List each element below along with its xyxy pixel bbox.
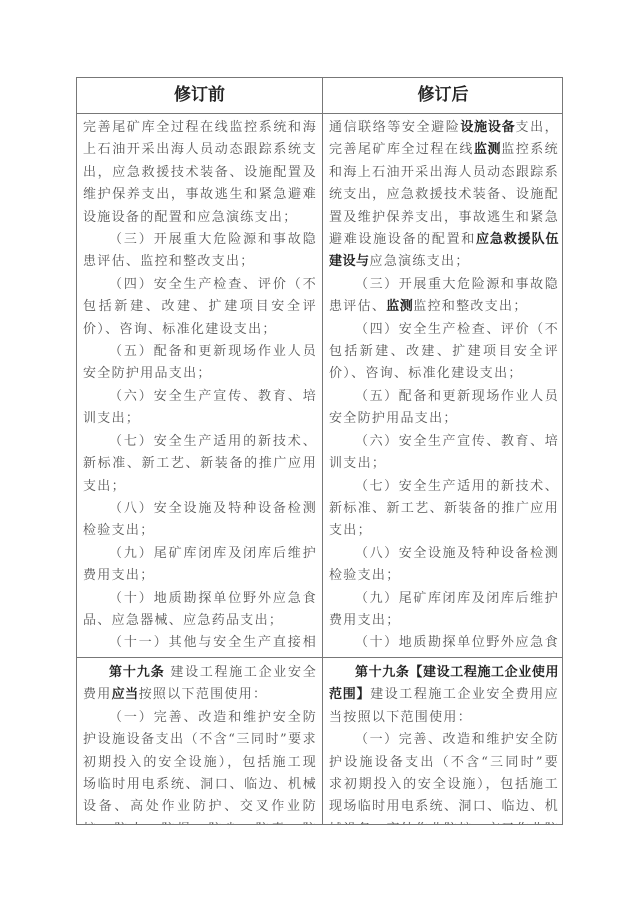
comparison-table: 修订前 修订后 完善尾矿库全过程在线监控系统和海上石油开采出海人员动态跟踪系统支… xyxy=(76,77,563,825)
item-3: （三）开展重大危险源和事故隐患评估、监控和整改支出； xyxy=(83,229,317,274)
item-6: （六）安全生产宣传、教育、培训支出； xyxy=(83,386,317,431)
added-text: 设施设备 xyxy=(460,120,515,135)
row1-before-cell: 完善尾矿库全过程在线监控系统和海上石油开采出海人员动态跟踪系统支出，应急救援技术… xyxy=(83,117,317,655)
item-6: （六）安全生产宣传、教育、培训支出； xyxy=(329,431,559,476)
item-10: （十）地质勘探单位野外应急食品、应急器械、应急药品支出； xyxy=(83,588,317,633)
item-9: （九）尾矿库闭库及闭库后维护费用支出； xyxy=(329,588,559,633)
text: 监控和整改支出； xyxy=(413,299,527,314)
article-19: 第十九条【建设工程施工企业使用范围】建设工程施工企业安全费用应当按照以下范围使用… xyxy=(329,662,559,729)
item-5: （五）配备和更新现场作业人员安全防护用品支出； xyxy=(329,386,559,431)
paragraph: 通信联络等安全避险设施设备支出，完善尾矿库全过程在线监测监控系统和海上石油开采出… xyxy=(329,117,559,274)
item-1: （一）完善、改造和维护安全防护设施设备支出（不含“三同时”要求初期投入的安全设施… xyxy=(83,707,317,824)
text: 通信联络等安全避险 xyxy=(329,120,460,135)
row2-before-cell: 第十九条 建设工程施工企业安全费用应当按照以下范围使用： （一）完善、改造和维护… xyxy=(83,662,317,824)
header-before: 修订前 xyxy=(77,78,322,113)
item-8: （八）安全设施及特种设备检测检验支出； xyxy=(83,498,317,543)
added-text: 监测 xyxy=(474,142,501,157)
column-divider xyxy=(322,78,323,824)
header-after: 修订后 xyxy=(323,78,563,113)
item-1: （一）完善、改造和维护安全防护设施设备支出（不含“三同时”要求初期投入的安全设施… xyxy=(329,729,559,824)
item-9: （九）尾矿库闭库及闭库后维护费用支出； xyxy=(83,543,317,588)
text: 应急演练支出； xyxy=(370,254,470,269)
item-7: （七）安全生产适用的新技术、新标准、新工艺、新装备的推广应用支出； xyxy=(83,431,317,498)
article-19: 第十九条 建设工程施工企业安全费用应当按照以下范围使用： xyxy=(83,662,317,707)
row2-after-cell: 第十九条【建设工程施工企业使用范围】建设工程施工企业安全费用应当按照以下范围使用… xyxy=(329,662,559,824)
row1-after-cell: 通信联络等安全避险设施设备支出，完善尾矿库全过程在线监测监控系统和海上石油开采出… xyxy=(329,117,559,655)
item-4: （四）安全生产检查、评价（不包括新建、改建、扩建项目安全评价）、咨询、标准化建设… xyxy=(83,274,317,341)
item-11: （十一）其他与安全生产直接相关的支出。 xyxy=(83,632,317,655)
text: 按照以下范围使用： xyxy=(139,687,268,702)
item-3: （三）开展重大危险源和事故隐患评估、监测监控和整改支出； xyxy=(329,274,559,319)
item-4: （四）安全生产检查、评价（不包括新建、改建、扩建项目安全评价）、咨询、标准化建设… xyxy=(329,319,559,386)
paragraph: 完善尾矿库全过程在线监控系统和海上石油开采出海人员动态跟踪系统支出，应急救援技术… xyxy=(83,117,317,229)
item-5: （五）配备和更新现场作业人员安全防护用品支出； xyxy=(83,341,317,386)
row-divider xyxy=(77,657,562,658)
added-text: 监测 xyxy=(386,299,413,314)
article-number: 第十九条 xyxy=(109,665,165,680)
changed-text: 应当 xyxy=(112,687,139,702)
header-divider xyxy=(77,113,562,114)
item-10: （十）地质勘探单位野外应急食品、应急器械、应急药品支出； xyxy=(329,632,559,655)
item-8: （八）安全设施及特种设备检测检验支出； xyxy=(329,543,559,588)
item-7: （七）安全生产适用的新技术、新标准、新工艺、新装备的推广应用支出； xyxy=(329,476,559,543)
